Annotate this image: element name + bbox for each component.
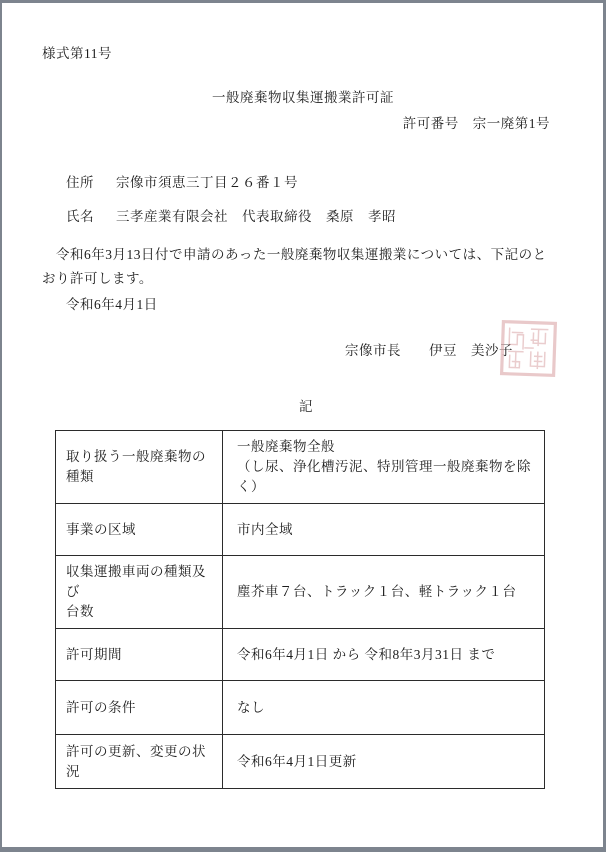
licensee-address-line: 住所宗像市須恵三丁目２６番１号: [66, 171, 298, 191]
name-label: 氏名: [66, 209, 94, 224]
row-value: 塵芥車７台、トラック１台、軽トラック１台: [223, 556, 545, 629]
address-value: 宗像市須恵三丁目２６番１号: [116, 175, 298, 190]
row-label: 取り扱う一般廃棄物の 種類: [56, 431, 223, 504]
table-row: 許可期間 令和6年4月1日 から 令和8年3月31日 まで: [56, 629, 545, 681]
mayor-seal-icon: [499, 319, 558, 378]
permit-number-line: 許可番号宗一廃第1号: [0, 112, 550, 132]
row-value: 令和6年4月1日 から 令和8年3月31日 まで: [223, 629, 545, 681]
table-row: 事業の区域 市内全域: [56, 504, 545, 556]
document-title: 一般廃棄物収集運搬業許可証: [0, 86, 606, 106]
issue-date: 令和6年4月1日: [66, 293, 158, 313]
table-row: 収集運搬車両の種類及び 台数 塵芥車７台、トラック１台、軽トラック１台: [56, 556, 545, 629]
licensee-name-line: 氏名三孝産業有限会社 代表取締役 桑原 孝昭: [66, 205, 396, 225]
issuer-line: 宗像市長伊豆 美沙子: [345, 339, 513, 359]
name-value: 三孝産業有限会社 代表取締役 桑原 孝昭: [116, 209, 396, 224]
row-value: 市内全域: [223, 504, 545, 556]
permit-number-value: 宗一廃第1号: [473, 116, 550, 131]
row-label: 許可の更新、変更の状況: [56, 735, 223, 789]
row-value: なし: [223, 681, 545, 735]
table-row: 許可の条件 なし: [56, 681, 545, 735]
table-row: 許可の更新、変更の状況 令和6年4月1日更新: [56, 735, 545, 789]
row-label: 事業の区域: [56, 504, 223, 556]
address-label: 住所: [66, 175, 94, 190]
form-number: 様式第11号: [42, 42, 112, 62]
permit-number-label: 許可番号: [403, 116, 459, 131]
record-heading: 記: [0, 395, 606, 415]
permit-certificate-page: 様式第11号 一般廃棄物収集運搬業許可証 許可番号宗一廃第1号 住所宗像市須恵三…: [0, 0, 606, 852]
table-row: 取り扱う一般廃棄物の 種類 一般廃棄物全般 （し尿、浄化槽汚泥、特別管理一般廃棄…: [56, 431, 545, 504]
row-label: 許可期間: [56, 629, 223, 681]
grant-statement: 令和6年3月13日付で申請のあった一般廃棄物収集運搬業については、下記のと おり…: [42, 243, 572, 291]
row-value: 一般廃棄物全般 （し尿、浄化槽汚泥、特別管理一般廃棄物を除く）: [223, 431, 545, 504]
scan-edge-top: [0, 0, 606, 3]
row-value: 令和6年4月1日更新: [223, 735, 545, 789]
scan-edge-bottom: [0, 847, 606, 852]
permit-details-table: 取り扱う一般廃棄物の 種類 一般廃棄物全般 （し尿、浄化槽汚泥、特別管理一般廃棄…: [55, 430, 545, 789]
row-label: 収集運搬車両の種類及び 台数: [56, 556, 223, 629]
row-label: 許可の条件: [56, 681, 223, 735]
issuer-title: 宗像市長: [345, 343, 401, 358]
